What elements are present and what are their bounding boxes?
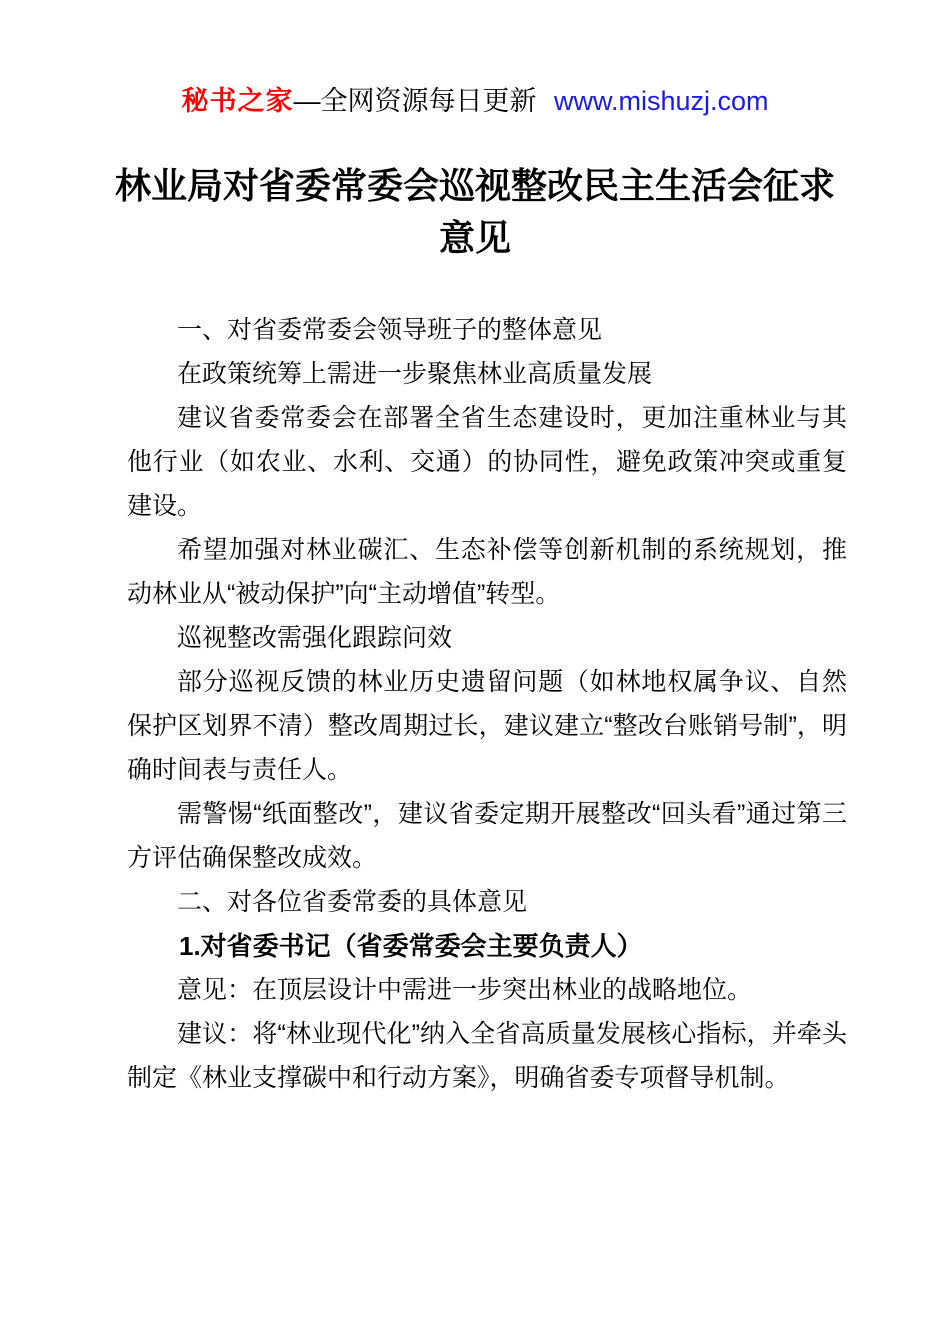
site-header: 秘书之家—全网资源每日更新 www.mishuzj.com — [0, 0, 950, 118]
paragraph: 建议：将“林业现代化”纳入全省高质量发展核心指标，并牵头制定《林业支撑碳中和行动… — [127, 1012, 847, 1100]
paragraph: 意见：在顶层设计中需进一步突出林业的战略地位。 — [127, 968, 847, 1012]
document-page: 秘书之家—全网资源每日更新 www.mishuzj.com 林业局对省委常委会巡… — [0, 0, 950, 1344]
paragraph: 巡视整改需强化跟踪问效 — [127, 616, 847, 660]
paragraph: 建议省委常委会在部署全省生态建设时，更加注重林业与其他行业（如农业、水利、交通）… — [127, 396, 847, 528]
section-heading: 1.对省委书记（省委常委会主要负责人） — [127, 924, 847, 968]
paragraph: 希望加强对林业碳汇、生态补偿等创新机制的系统规划，推动林业从“被动保护”向“主动… — [127, 528, 847, 616]
document-title: 林业局对省委常委会巡视整改民主生活会征求意见 — [103, 160, 847, 264]
paragraph: 部分巡视反馈的林业历史遗留问题（如林地权属争议、自然保护区划界不清）整改周期过长… — [127, 660, 847, 792]
document-title-line: 林业局对省委常委会巡视整改民主生活会征求 — [103, 160, 847, 212]
document-body: 一、对省委常委会领导班子的整体意见在政策统筹上需进一步聚焦林业高质量发展建议省委… — [127, 308, 847, 1100]
site-url-link[interactable]: www.mishuzj.com — [554, 86, 769, 116]
paragraph: 二、对各位省委常委的具体意见 — [127, 880, 847, 924]
site-tagline: —全网资源每日更新 — [293, 86, 536, 116]
document-title-line: 意见 — [103, 212, 847, 264]
paragraph: 一、对省委常委会领导班子的整体意见 — [127, 308, 847, 352]
site-name: 秘书之家 — [181, 86, 293, 116]
paragraph: 在政策统筹上需进一步聚焦林业高质量发展 — [127, 352, 847, 396]
paragraph: 需警惕“纸面整改”，建议省委定期开展整改“回头看”通过第三方评估确保整改成效。 — [127, 792, 847, 880]
